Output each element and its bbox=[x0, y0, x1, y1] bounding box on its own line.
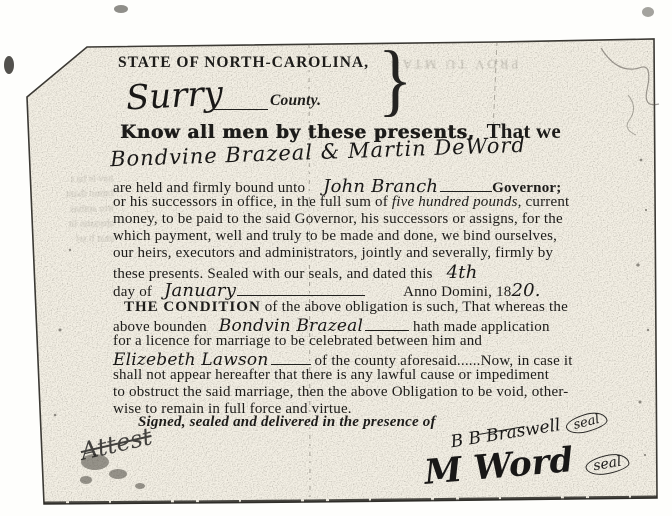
condition-line-3: for a licence for marriage to be celebra… bbox=[113, 333, 482, 350]
bondsman-seal-scrawl: seal bbox=[584, 451, 631, 477]
ink-blot-top-right bbox=[642, 7, 654, 17]
bleed-line: nav ls ba t bbox=[25, 171, 113, 188]
county-name-handwritten: Surry bbox=[125, 73, 224, 118]
bleed-line: ratmo tbant bbox=[26, 186, 114, 203]
obligation-line-4: which payment, well and truly to be made… bbox=[113, 228, 557, 245]
sum-pre-text: or his successors in office, in the full… bbox=[113, 194, 388, 210]
bleed-line: ahsoann lit bbox=[26, 216, 114, 233]
groom-rule bbox=[365, 320, 409, 331]
condition-line-6: to obstruct the said marriage, then the … bbox=[113, 384, 568, 401]
condition-line-5: shall not appear hereafter that there is… bbox=[113, 367, 549, 384]
anno-domini-text: Anno Domini, 18 bbox=[403, 284, 511, 300]
bleed-through-left: nav ls ba t ratmo tbant irto anthas ahso… bbox=[25, 171, 114, 248]
obligation-line-3: money, to be paid to the said Governor, … bbox=[113, 211, 563, 228]
obligation-line-7: day of January Anno Domini, 1820. bbox=[113, 280, 541, 301]
the-condition-text: THE CONDITION bbox=[124, 299, 261, 315]
condition-line-1: THE CONDITION of the above obligation is… bbox=[124, 299, 568, 316]
county-flourish-rule bbox=[212, 99, 268, 110]
ink-blot-left-edge bbox=[4, 56, 14, 74]
bleed-line: anat b sri bbox=[26, 231, 114, 248]
month-handwritten: January bbox=[164, 280, 236, 301]
governor-rule bbox=[440, 181, 492, 192]
sum-amount-text: five hundred pounds, bbox=[392, 194, 522, 210]
obligation-line-5: our heirs, executors and administrators,… bbox=[113, 245, 553, 262]
header-brace: } bbox=[378, 44, 413, 118]
condition-rest-text: of the above obligation is such, That wh… bbox=[265, 299, 568, 315]
day-of-text: day of bbox=[113, 284, 152, 300]
county-label: County. bbox=[270, 92, 321, 110]
presence-line: Signed, sealed and delivered in the pres… bbox=[138, 414, 436, 431]
month-rule bbox=[237, 285, 365, 296]
year-handwritten: 20. bbox=[511, 280, 540, 301]
ink-blot-top bbox=[114, 5, 128, 13]
obligation-line-2: or his successors in office, in the full… bbox=[113, 194, 569, 211]
state-title: STATE OF NORTH-CAROLINA, bbox=[118, 54, 369, 72]
sum-post-text: current bbox=[526, 194, 570, 210]
scanned-document: PROV TU MTAB nav ls ba t ratmo tbant irt… bbox=[0, 0, 672, 516]
bleed-line: irto anthas bbox=[26, 201, 114, 218]
bride-rule bbox=[271, 354, 311, 365]
